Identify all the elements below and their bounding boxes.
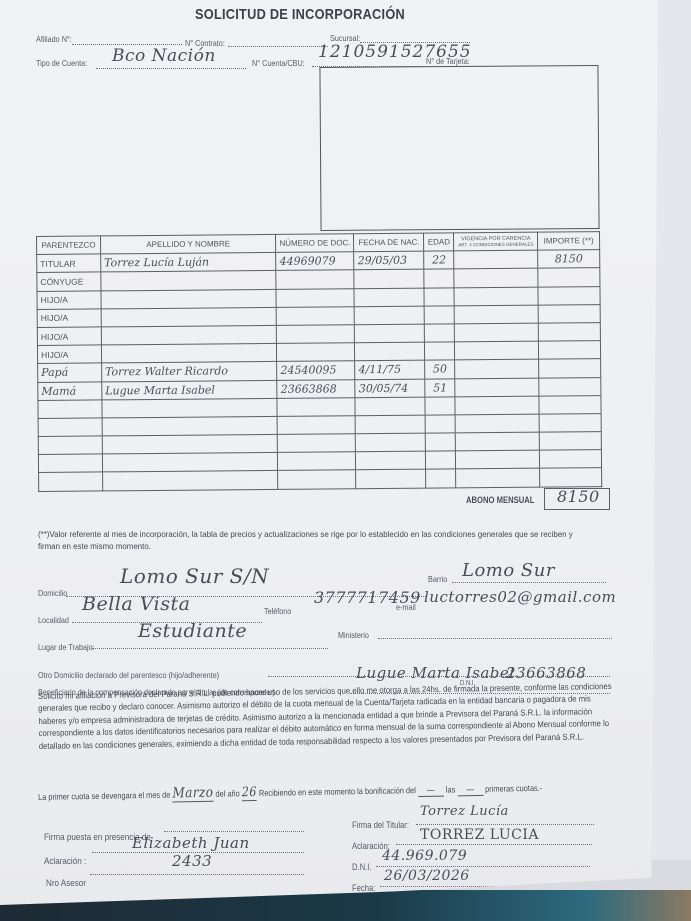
cell-importe[interactable] xyxy=(540,468,602,487)
cell-fecha[interactable]: 29/05/03 xyxy=(354,251,424,270)
afiliado-label: Afiliado N°: xyxy=(36,34,72,44)
contrato-field[interactable] xyxy=(228,46,328,47)
cell-importe[interactable] xyxy=(538,304,600,323)
cell-parentezco[interactable] xyxy=(38,454,102,473)
barrio-label: Barrio xyxy=(428,574,447,584)
trabajo-value: Estudiante xyxy=(138,620,247,642)
firma-titular-field[interactable] xyxy=(416,824,594,825)
dni-field[interactable] xyxy=(376,866,590,867)
members-table: PARENTEZCO APELLIDO Y NOMBRE NÚMERO DE D… xyxy=(36,231,602,492)
trabajo-label: Lugar de Trabajo: xyxy=(38,642,95,652)
cell-vigencia[interactable] xyxy=(455,378,539,397)
cell-importe[interactable] xyxy=(539,395,601,414)
cell-parentezco[interactable]: Mamá xyxy=(38,381,102,400)
cell-parentezco[interactable]: HIJO/A xyxy=(37,345,101,364)
cell-fecha[interactable] xyxy=(354,269,424,288)
bonificacion-field[interactable]: — xyxy=(418,784,444,798)
localidad-value: Bella Vista xyxy=(82,593,190,615)
cell-doc[interactable] xyxy=(277,325,355,344)
cuotas-field[interactable]: — xyxy=(457,783,483,797)
asesor-field[interactable] xyxy=(90,874,304,875)
localidad-label: Localidad xyxy=(38,615,69,625)
cell-edad[interactable] xyxy=(426,451,456,469)
cell-fecha[interactable] xyxy=(355,342,425,361)
cell-fecha[interactable] xyxy=(355,397,425,416)
cell-edad[interactable]: 51 xyxy=(425,378,455,396)
cell-vigencia[interactable] xyxy=(455,414,539,433)
cell-fecha[interactable]: 30/05/74 xyxy=(355,379,425,398)
first-fee-suffix: primeras cuotas.- xyxy=(485,783,542,794)
cell-doc[interactable] xyxy=(278,452,356,471)
cell-edad[interactable] xyxy=(424,306,454,324)
fecha-value: 26/03/2026 xyxy=(384,868,470,884)
first-fee-year[interactable]: 26 xyxy=(242,785,257,801)
cell-doc[interactable] xyxy=(278,470,356,489)
cell-vigencia[interactable] xyxy=(454,287,538,306)
cell-doc[interactable] xyxy=(276,270,354,289)
beneficiario-dni-value: 23663868 xyxy=(506,664,586,682)
cell-vigencia[interactable] xyxy=(455,341,539,360)
presencia-field[interactable] xyxy=(164,831,304,832)
cell-parentezco[interactable]: HIJO/A xyxy=(37,290,101,309)
cell-nombre[interactable] xyxy=(101,325,277,345)
cell-parentezco[interactable]: Papá xyxy=(38,363,102,382)
asesor-value: 2433 xyxy=(172,852,212,870)
cell-vigencia[interactable] xyxy=(454,250,538,269)
cell-vigencia[interactable] xyxy=(455,323,539,342)
table-row xyxy=(39,468,602,491)
cell-nombre[interactable] xyxy=(102,398,278,418)
cell-fecha[interactable] xyxy=(354,288,424,307)
header-importe: IMPORTE (**) xyxy=(538,232,600,251)
cell-edad[interactable] xyxy=(426,433,456,451)
cell-edad[interactable] xyxy=(424,269,454,287)
domicilio-value: Lomo Sur S/N xyxy=(120,564,269,588)
aclaracion-right-value: TORREZ LUCIA xyxy=(420,827,539,843)
barrio-field[interactable] xyxy=(452,582,606,583)
cell-parentezco[interactable] xyxy=(38,418,102,437)
cell-parentezco[interactable]: HIJO/A xyxy=(37,309,101,328)
abono-mensual-field[interactable]: 8150 xyxy=(544,488,610,510)
legal-text: Solicito mi afiliación a Previsora del P… xyxy=(38,680,615,752)
cell-fecha[interactable] xyxy=(356,433,426,452)
cell-doc[interactable] xyxy=(278,434,356,453)
cell-doc[interactable]: 24540095 xyxy=(277,361,355,380)
header-doc: NÚMERO DE DOC. xyxy=(276,234,354,253)
cell-doc[interactable]: 44969079 xyxy=(276,252,354,271)
tarjeta-label: N° de Tarjeta: xyxy=(426,56,470,66)
cell-parentezco[interactable]: HIJO/A xyxy=(37,327,101,346)
cell-edad[interactable] xyxy=(425,415,455,433)
cell-nombre[interactable] xyxy=(102,434,278,454)
cell-doc[interactable]: 23663868 xyxy=(277,379,355,398)
beneficiario-value: Lugue Marta Isabel xyxy=(356,664,515,682)
ministerio-label: Ministerio xyxy=(338,630,369,640)
tipo-cuenta-label: Tipo de Cuenta: xyxy=(36,58,87,68)
cell-nombre[interactable] xyxy=(101,307,277,327)
cell-importe[interactable] xyxy=(539,377,601,396)
dni-value: 44.969.079 xyxy=(382,848,467,864)
cell-vigencia[interactable] xyxy=(454,305,538,324)
card-attachment-box xyxy=(319,65,599,231)
cell-vigencia[interactable] xyxy=(455,396,539,415)
email-label: e-mail xyxy=(396,602,416,612)
header-parentezco: PARENTEZCO xyxy=(37,236,101,255)
dni-label: D.N.I. xyxy=(352,862,372,872)
cell-importe[interactable] xyxy=(540,450,602,469)
telefono-label: Teléfono xyxy=(264,606,291,616)
cell-edad[interactable] xyxy=(424,287,454,305)
cell-parentezco[interactable] xyxy=(38,436,102,455)
cell-nombre[interactable] xyxy=(102,471,278,491)
cell-doc[interactable] xyxy=(277,343,355,362)
form-title: SOLICITUD DE INCORPORACIÓN xyxy=(45,6,555,23)
cell-nombre[interactable]: Lugue Marta Isabel xyxy=(102,380,278,400)
first-fee-prefix: La primer cuota se devengara el mes de xyxy=(38,790,170,802)
header-edad: EDAD xyxy=(424,233,454,251)
cell-fecha[interactable] xyxy=(355,306,425,325)
trabajo-field[interactable] xyxy=(92,648,328,649)
abono-mensual-value: 8150 xyxy=(557,487,600,506)
tipo-cuenta-field[interactable] xyxy=(96,68,246,69)
cell-doc[interactable] xyxy=(276,306,354,325)
cell-fecha[interactable] xyxy=(356,470,426,489)
cell-vigencia[interactable] xyxy=(456,432,540,451)
barrio-value: Lomo Sur xyxy=(462,560,555,581)
cell-nombre[interactable]: Torrez Walter Ricardo xyxy=(101,362,277,382)
aclaracion-left-value: Elizabeth Juan xyxy=(132,834,250,852)
header-vigencia: VIGENCIA POR CARENCIAART. 4 CONDICIONES … xyxy=(454,232,538,251)
cell-nombre[interactable] xyxy=(101,289,277,309)
cell-importe[interactable] xyxy=(539,359,601,378)
cell-importe[interactable] xyxy=(539,432,601,451)
cell-fecha[interactable] xyxy=(356,451,426,470)
asesor-label: Nro Asesor xyxy=(46,878,86,889)
cell-nombre[interactable]: Torrez Lucía Luján xyxy=(101,253,277,273)
email-value: luctorres02@gmail.com xyxy=(424,588,616,606)
cell-doc[interactable] xyxy=(277,397,355,416)
cell-edad[interactable]: 50 xyxy=(425,360,455,378)
cell-fecha[interactable] xyxy=(356,415,426,434)
cell-importe[interactable] xyxy=(538,268,600,287)
first-fee-line: La primer cuota se devengara el mes de M… xyxy=(38,779,623,804)
fecha-label: Fecha: xyxy=(352,883,375,893)
form-sheet: SOLICITUD DE INCORPORACIÓN Afiliado N°: … xyxy=(0,0,658,905)
cell-parentezco[interactable]: TITULAR xyxy=(37,254,101,273)
cell-nombre[interactable] xyxy=(101,271,277,291)
firma-titular-label: Firma del Titular: xyxy=(352,820,409,830)
cell-nombre[interactable] xyxy=(102,416,278,436)
cell-vigencia[interactable] xyxy=(456,450,540,469)
header-nombre: APELLIDO Y NOMBRE xyxy=(100,234,276,254)
cell-nombre[interactable] xyxy=(102,453,278,473)
afiliado-field[interactable] xyxy=(72,44,182,45)
domicilio-label: Domicilio xyxy=(38,588,67,598)
fecha-field[interactable] xyxy=(380,886,588,887)
tipo-cuenta-value: Bco Nación xyxy=(112,46,216,66)
price-note: (**)Valor referente al mes de incorporac… xyxy=(38,528,590,553)
cell-importe[interactable]: 8150 xyxy=(538,250,600,269)
cell-edad[interactable] xyxy=(426,469,456,487)
cell-importe[interactable] xyxy=(539,341,601,360)
cell-edad[interactable] xyxy=(425,342,455,360)
cell-nombre[interactable] xyxy=(101,344,277,364)
bonificacion-text: Recibiendo en este momento la bonificaci… xyxy=(259,785,416,798)
cell-doc[interactable] xyxy=(277,416,355,435)
cell-edad[interactable] xyxy=(425,397,455,415)
aclaracion-right-field[interactable] xyxy=(396,844,592,845)
otro-domicilio-label: Otro Domicilio declarado del parentesco … xyxy=(38,670,219,680)
vigencia-subtitle: ART. 4 CONDICIONES GENERALES xyxy=(457,241,534,247)
cell-parentezco[interactable] xyxy=(38,400,102,419)
cell-vigencia[interactable] xyxy=(455,359,539,378)
cell-fecha[interactable] xyxy=(355,324,425,343)
first-fee-year-label: del año xyxy=(215,788,239,798)
cell-fecha[interactable]: 4/11/75 xyxy=(355,360,425,379)
ministerio-field[interactable] xyxy=(378,638,612,639)
cell-vigencia[interactable] xyxy=(454,268,538,287)
header-fecha: FECHA DE NAC. xyxy=(354,233,424,252)
first-fee-month[interactable]: Marzo xyxy=(172,785,213,803)
cell-importe[interactable] xyxy=(538,323,600,342)
cell-parentezco[interactable] xyxy=(39,472,103,491)
cell-importe[interactable] xyxy=(538,286,600,305)
cell-parentezco[interactable]: CÓNYUGE xyxy=(37,272,101,291)
firma-titular-value: Torrez Lucía xyxy=(420,804,509,819)
cuenta-cbu-label: N° Cuenta/CBU: xyxy=(252,58,305,68)
abono-mensual-label: ABONO MENSUAL xyxy=(466,495,534,505)
cell-edad[interactable] xyxy=(425,324,455,342)
cell-importe[interactable] xyxy=(539,413,601,432)
cell-vigencia[interactable] xyxy=(456,469,540,488)
cell-doc[interactable] xyxy=(276,288,354,307)
aclaracion-left-label: Aclaración : xyxy=(44,856,86,867)
las-label: las xyxy=(446,784,456,794)
cell-edad[interactable]: 22 xyxy=(424,251,454,269)
